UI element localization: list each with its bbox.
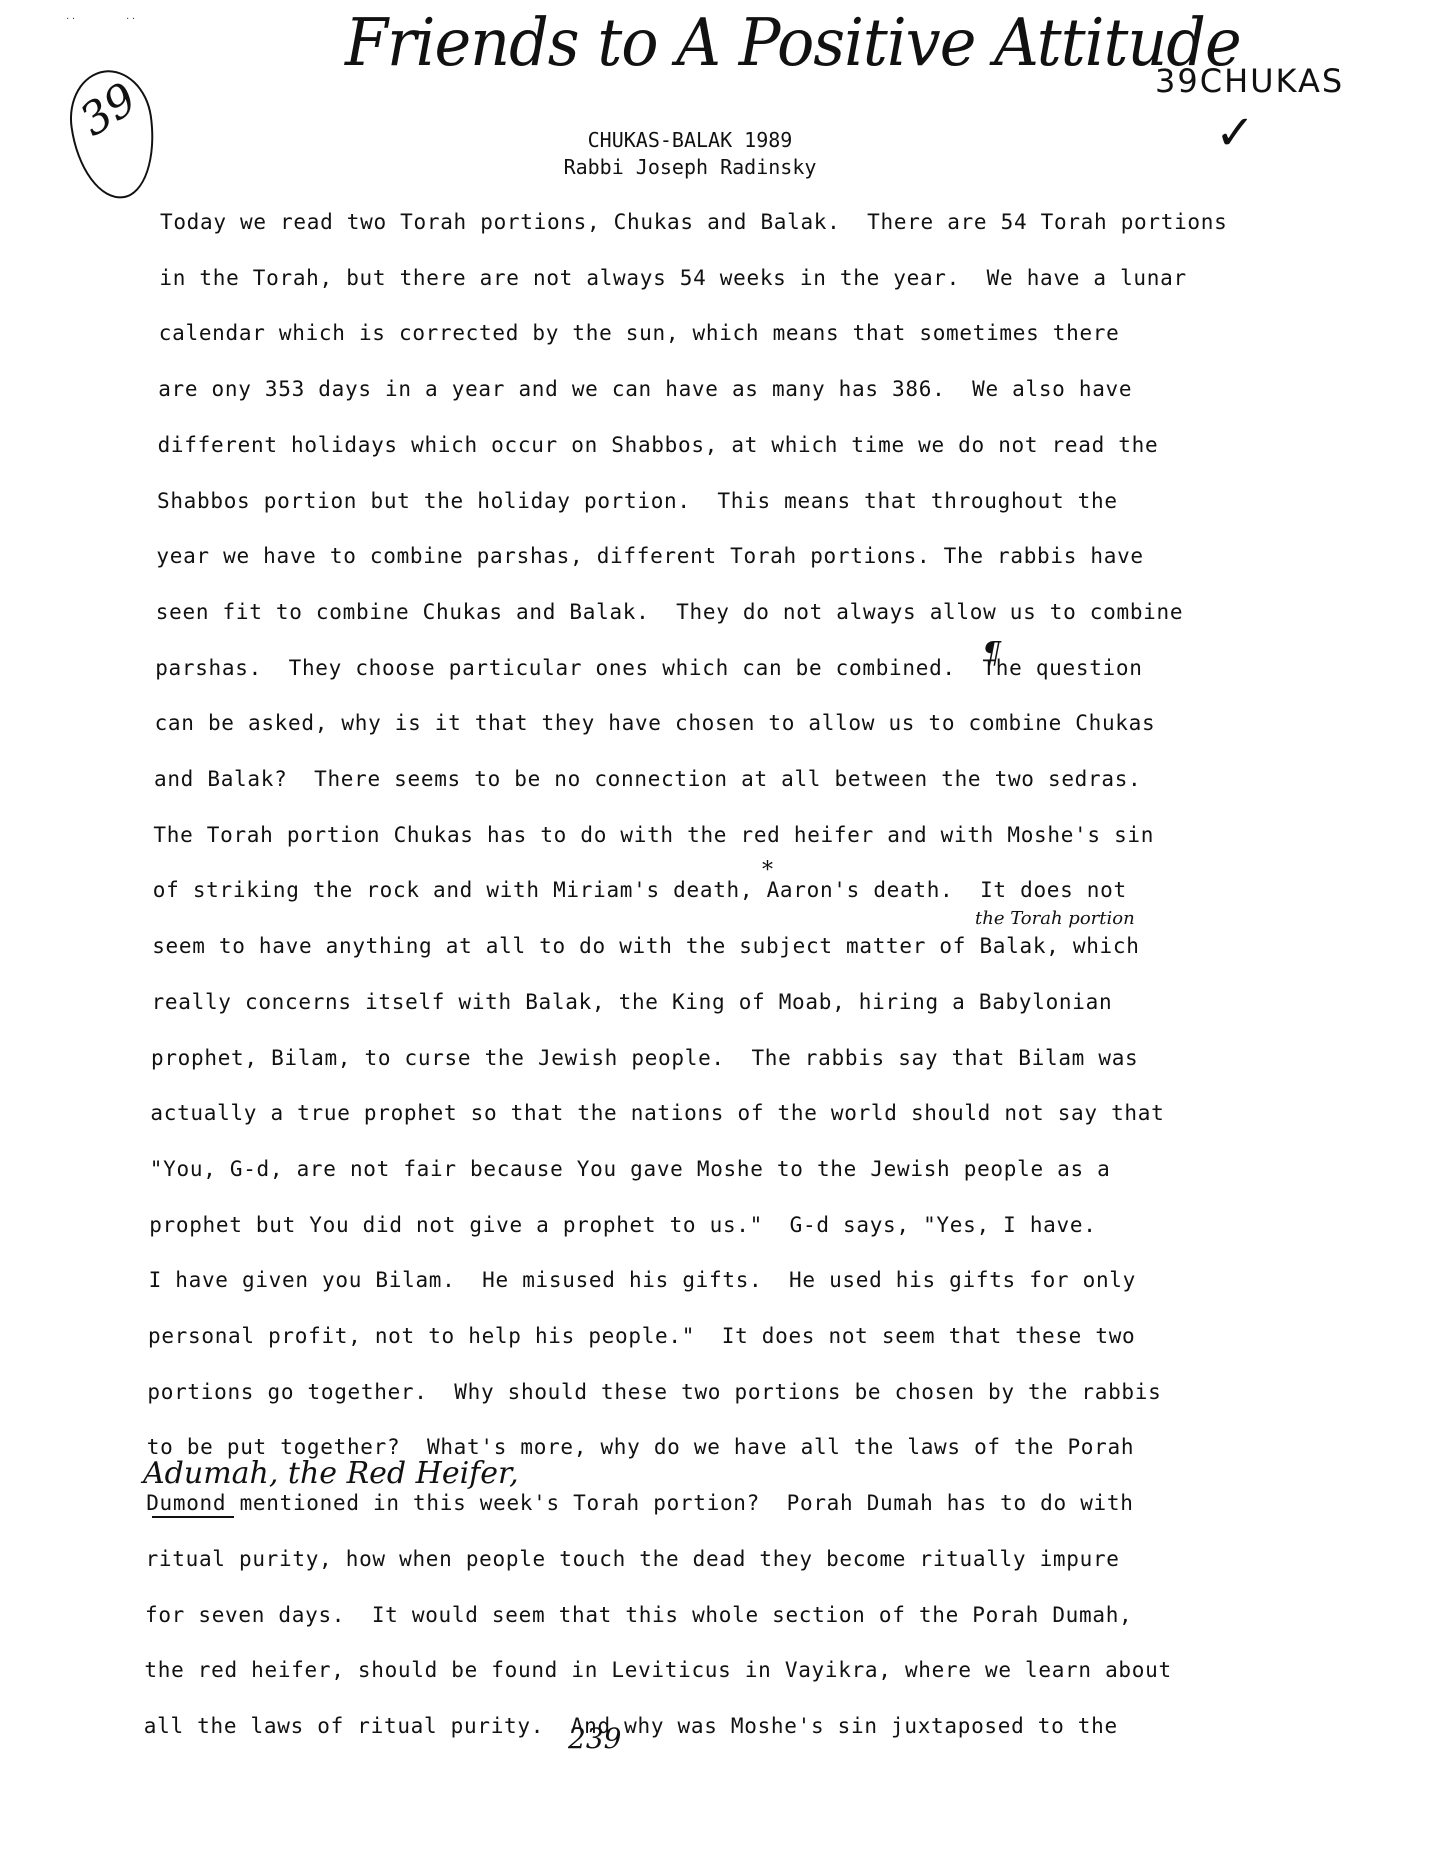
- strikethrough-dumond: [152, 1516, 234, 1518]
- handwritten-title: Friends to A Positive Attitude: [345, 4, 1241, 81]
- body-line: Shabbos portion but the holiday portion.…: [157, 489, 1118, 513]
- body-line: Dumond mentioned in this week's Torah po…: [146, 1491, 1133, 1515]
- insert-star-icon: *: [762, 858, 773, 883]
- body-line: ritual purity, how when people touch the…: [146, 1547, 1120, 1571]
- handwritten-insert-torah-portion: the Torah portion: [975, 908, 1135, 929]
- body-line: I have given you Bilam. He misused his g…: [149, 1268, 1136, 1292]
- body-line: different holidays which occur on Shabbo…: [158, 433, 1159, 457]
- body-line: can be asked, why is it that they have c…: [155, 711, 1156, 735]
- scan-speck: · ·: [66, 14, 75, 25]
- body-line: prophet, Bilam, to curse the Jewish peop…: [151, 1046, 1138, 1070]
- body-line: the red heifer, should be found in Levit…: [144, 1658, 1171, 1682]
- handwritten-insert-adumah: Adumah, the Red Heifer,: [143, 1456, 519, 1491]
- body-line: prophet but You did not give a prophet t…: [149, 1213, 1096, 1237]
- body-line: "You, G-d, are not fair because You gave…: [150, 1157, 1111, 1181]
- body-line: The Torah portion Chukas has to do with …: [153, 823, 1154, 847]
- body-line: actually a true prophet so that the nati…: [150, 1101, 1164, 1125]
- body-line: all the laws of ritual purity. And why w…: [144, 1714, 1118, 1738]
- body-line: seen fit to combine Chukas and Balak. Th…: [156, 600, 1183, 624]
- body-line: seem to have anything at all to do with …: [152, 934, 1139, 958]
- paragraph-mark-icon: ¶: [982, 636, 1001, 671]
- body-line: Today we read two Torah portions, Chukas…: [160, 210, 1227, 234]
- body-line: really concerns itself with Balak, the K…: [152, 990, 1113, 1014]
- handwritten-page-number: 239: [568, 1722, 621, 1755]
- document-author: Rabbi Joseph Radinsky: [0, 155, 1405, 179]
- body-line: portions go together. Why should these t…: [147, 1380, 1161, 1404]
- handwritten-corner-tag: 39CHUKAS: [1155, 62, 1344, 100]
- body-line: for seven days. It would seem that this …: [145, 1603, 1132, 1627]
- body-line: personal profit, not to help his people.…: [148, 1324, 1135, 1348]
- body-line: and Balak? There seems to be no connecti…: [154, 767, 1141, 791]
- body-line: of striking the rock and with Miriam's d…: [153, 878, 1127, 902]
- body-line: calendar which is corrected by the sun, …: [159, 321, 1120, 345]
- body-line: year we have to combine parshas, differe…: [156, 544, 1143, 568]
- body-line: are ony 353 days in a year and we can ha…: [158, 377, 1132, 401]
- document-title: CHUKAS-BALAK 1989: [0, 128, 1405, 152]
- scan-speck: · ·: [126, 14, 135, 25]
- body-line: in the Torah, but there are not always 5…: [159, 266, 1186, 290]
